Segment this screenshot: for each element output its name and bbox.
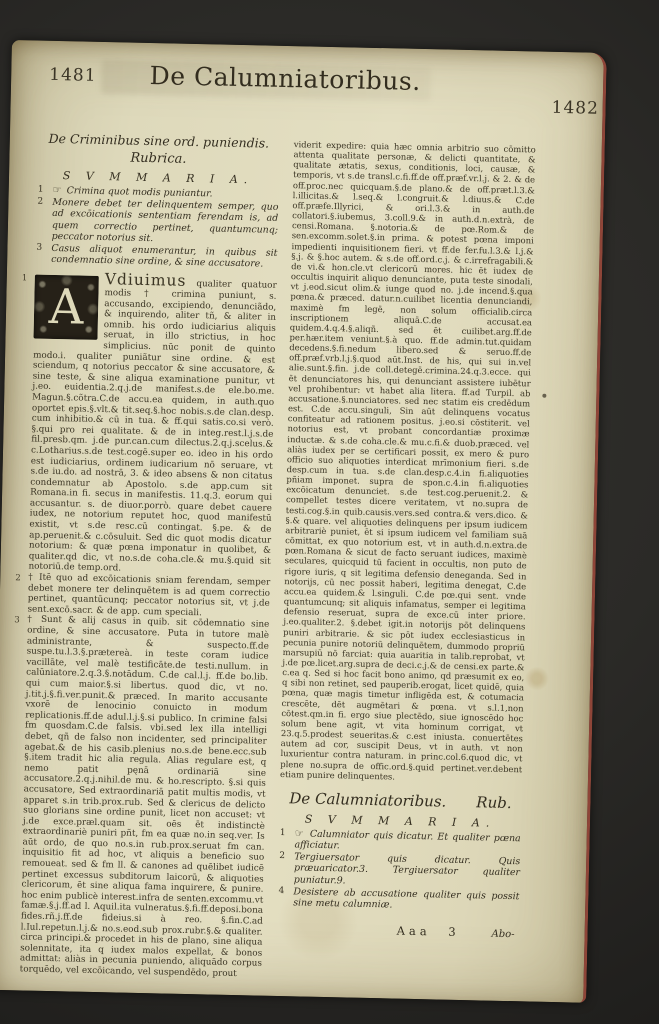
signature-line: Aaa 3 Abo- [277,921,519,940]
rubric-title: De Calumniatoribus. [289,789,446,810]
summaria-item-text: Calumniator quis dicatur. Et qualiter pœ… [294,829,520,852]
ink-spot [542,394,546,398]
summaria-list: 1 ☞ Crimina quot modis puniantur. 2 Mone… [35,185,279,276]
margin-marker: 3 [14,616,20,627]
summaria-title: S V M M A R I A. [37,169,279,187]
rubrica-heading: Rubrica. [37,149,279,169]
catchword: Abo- [491,929,514,940]
manicule-icon: ☞ [53,185,62,196]
item-number: 1 [38,185,44,196]
column-right: viderit expedire: quia hæc omnia arbitri… [276,136,536,986]
folio-number-right: 1482 [551,98,599,119]
margin-marker: 1 [22,274,28,285]
summaria-item-text: Casus aliquot enumerantur, in quibus sit… [51,243,277,270]
summaria-item: 2 Tergiuersator quis dicatur. Quis præua… [294,852,521,891]
body-paragraph: 3 † Sunt & alij casus in quib. sit cōdem… [20,615,270,980]
chapter-heading: De Criminibus sine ord. puniendis. [38,131,280,151]
body-text: 1 A Vdiuimus qualiter quatuor modis † cr… [20,273,277,980]
item-number: 2 [37,197,43,208]
text-columns: De Criminibus sine ord. puniendis. Rubri… [20,131,536,986]
item-number: 3 [36,243,42,254]
woodcut-initial: A [33,275,98,340]
summaria-item: 4 Desistere ab accusatione qualiter quis… [293,886,519,913]
rubric-heading: De Calumniatoribus. Rub. [279,789,521,812]
summaria-item-text: Monere debet ter delinquentem semper, qu… [52,197,279,244]
column-left: De Criminibus sine ord. puniendis. Rubri… [20,131,280,981]
summaria-item: 2 Monere debet ter delinquentem semper, … [52,197,279,247]
body-paragraph: 2 † Itē quo ad excōicationis sniam feren… [27,573,270,621]
incipit-word: Vdiuimus [105,271,187,291]
book-page: 1481 De Calumniatoribus. 1482 De Crimini… [0,40,607,1003]
body-paragraph: viderit expedire: quia hæc omnia arbitri… [280,139,536,784]
gathering-signature: Aaa 3 [397,924,460,939]
summaria-item: 3 Casus aliquot enumerantur, in quibus s… [51,243,277,270]
manicule-icon: ☞ [295,828,304,839]
summaria-list: 1 ☞ Calumniator quis dicatur. Et qualite… [277,828,521,919]
item-number: 2 [279,851,285,862]
summaria-item-text: Desistere ab accusatione qualiter quis p… [293,886,519,910]
paragraph-text: † Itē quo ad excōicationis sniam ferenda… [27,573,270,619]
paragraph-text: † Sunt & alij casus in quib. sit cōdemna… [20,615,270,979]
rubric-label: Rub. [476,793,512,812]
body-paragraph: 1 A Vdiuimus qualiter quatuor modis † cr… [28,273,276,578]
summaria-item-text: Tergiuersator quis dicatur. Quis præuari… [294,852,521,887]
margin-marker: 2 [15,573,21,584]
body-text: viderit expedire: quia hæc omnia arbitri… [280,139,536,784]
item-number: 4 [278,886,284,897]
summaria-title: S V M M A R I A. [279,812,521,830]
item-number: 1 [280,828,286,839]
